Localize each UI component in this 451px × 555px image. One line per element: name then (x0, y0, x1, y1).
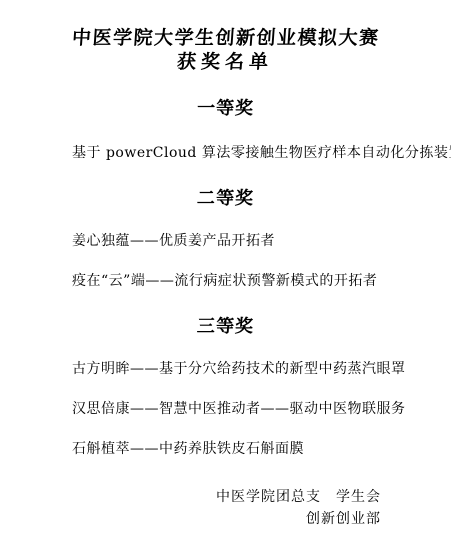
signature-dept: 创新创业部 (0, 508, 381, 530)
third-prize-header-text: 三等奖 (196, 314, 255, 340)
award-entry: 汉思倍康——智慧中医推动者——驱动中医物联服务 (0, 398, 451, 420)
award-entry: 姜心独蕴——优质姜产品开拓者 (0, 230, 451, 252)
section-first-prize: 一等奖 基于 powerCloud 算法零接触生物医疗样本自动化分拣装置 (0, 96, 451, 164)
first-prize-header-text: 一等奖 (196, 96, 255, 122)
award-entry: 基于 powerCloud 算法零接触生物医疗样本自动化分拣装置 (0, 142, 451, 164)
document-title-text: 中医学院大学生创新创业模拟大赛 (71, 26, 380, 50)
second-prize-header-text: 二等奖 (196, 186, 255, 212)
award-entry: 石斛植萃——中药养肤铁皮石斛面膜 (0, 438, 451, 460)
first-prize-header: 一等奖 (0, 96, 451, 122)
third-prize-header: 三等奖 (0, 314, 451, 340)
section-third-prize: 三等奖 古方明眸——基于分穴给药技术的新型中药蒸汽眼罩 汉思倍康——智慧中医推动… (0, 314, 451, 460)
award-entry: 古方明眸——基于分穴给药技术的新型中药蒸汽眼罩 (0, 358, 451, 380)
document-title: 中医学院大学生创新创业模拟大赛 (0, 26, 451, 50)
award-document: 中医学院大学生创新创业模拟大赛 获奖名单 一等奖 基于 powerCloud 算… (0, 0, 451, 530)
signature-org: 中医学院团总支 学生会 (0, 486, 381, 508)
document-subtitle: 获奖名单 (0, 50, 451, 74)
document-page: 中医学院大学生创新创业模拟大赛 获奖名单 一等奖 基于 powerCloud 算… (0, 0, 451, 555)
section-second-prize: 二等奖 姜心独蕴——优质姜产品开拓者 疫在“云”端——流行病症状预警新模式的开拓… (0, 186, 451, 292)
second-prize-header: 二等奖 (0, 186, 451, 212)
award-entry: 疫在“云”端——流行病症状预警新模式的开拓者 (0, 270, 451, 292)
signature-block: 中医学院团总支 学生会 创新创业部 (0, 486, 451, 530)
document-subtitle-text: 获奖名单 (177, 50, 275, 74)
